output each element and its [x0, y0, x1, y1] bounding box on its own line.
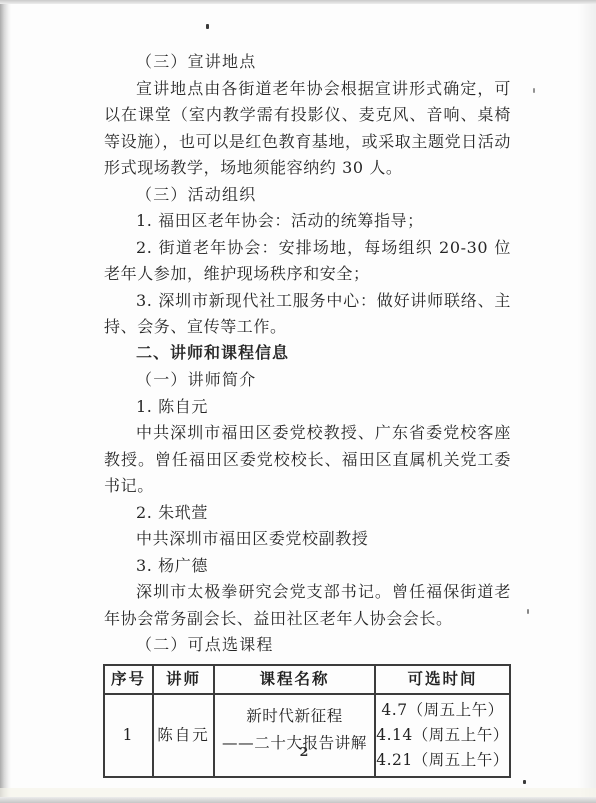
paragraph-lecturer-3-bio: 深圳市太极拳研究会党支部书记。曾任福保街道老年协会常务副会长、益田社区老年人协会…: [104, 579, 511, 632]
page-number: 2: [0, 744, 596, 759]
cell-row-index: 1: [104, 694, 153, 777]
scan-speck: [527, 609, 529, 614]
scanned-document-page: { "page": { "number": "2" }, "document":…: [0, 0, 596, 803]
scan-edge-bottom: [0, 797, 596, 803]
cell-lecturer: 陈自元: [153, 694, 214, 777]
subsection-heading-selectable-courses: （二）可点选课程: [104, 632, 511, 659]
paragraph-org-item-3: 3. 深圳市新现代社工服务中心：做好讲师联络、主持、会务、宣传等工作。: [104, 288, 511, 341]
time-option-1: 4.7（周五上午）: [376, 698, 509, 723]
scan-speck: [533, 88, 535, 93]
paragraph-org-item-1: 1. 福田区老年协会：活动的统筹指导；: [104, 208, 511, 235]
cell-course-name: 新时代新征程 ——二十大报告讲解: [214, 694, 375, 777]
course-schedule-table: 序号 讲师 课程名称 可选时间 1 陈自元 新时代新征程 ——二十大报告讲解 4: [103, 664, 511, 778]
paragraph-lecturer-3-name: 3. 杨广德: [104, 553, 511, 580]
cell-available-times: 4.7（周五上午） 4.14（周五上午） 4.21（周五上午）: [375, 694, 510, 777]
scan-edge-left: [0, 0, 11, 803]
document-body: （三）宣讲地点 宣讲地点由各街道老年协会根据宣讲形式确定，可以在课堂（室内教学需…: [104, 49, 511, 778]
paragraph-org-item-2: 2. 街道老年协会：安排场地，每场组织 20-30 位老年人参加，维护现场秩序和…: [104, 235, 511, 288]
column-header-course-name: 课程名称: [214, 665, 375, 694]
table-row: 1 陈自元 新时代新征程 ——二十大报告讲解 4.7（周五上午） 4.14（周五…: [104, 694, 510, 777]
subsection-heading-lecture-location: （三）宣讲地点: [104, 49, 511, 76]
subsection-heading-lecturer-intro: （一）讲师简介: [104, 367, 511, 394]
scan-speck: [206, 24, 209, 29]
scan-tint-bottom: [0, 788, 596, 797]
scan-speck: [523, 780, 526, 784]
paragraph-lecturer-2-bio: 中共深圳市福田区委党校副教授: [104, 526, 511, 553]
paragraph-lecturer-1-name: 1. 陈自元: [104, 394, 511, 421]
course-title-line: 新时代新征程: [215, 703, 374, 730]
column-header-lecturer: 讲师: [153, 665, 214, 694]
column-header-times: 可选时间: [375, 665, 510, 694]
table-header-row: 序号 讲师 课程名称 可选时间: [104, 665, 510, 694]
scan-edge-top: [0, 0, 596, 4]
paragraph-lecturer-2-name: 2. 朱玳萱: [104, 500, 511, 527]
section-heading-lecturer-course-info: 二、讲师和课程信息: [104, 341, 511, 368]
column-header-index: 序号: [104, 665, 153, 694]
scan-edge-right: [578, 0, 596, 803]
paragraph-lecture-location: 宣讲地点由各街道老年协会根据宣讲形式确定，可以在课堂（室内教学需有投影仪、麦克风…: [104, 76, 511, 182]
subsection-heading-activity-org: （三）活动组织: [104, 182, 511, 209]
paragraph-lecturer-1-bio: 中共深圳市福田区委党校教授、广东省委党校客座教授。曾任福田区委党校校长、福田区直…: [104, 420, 511, 500]
